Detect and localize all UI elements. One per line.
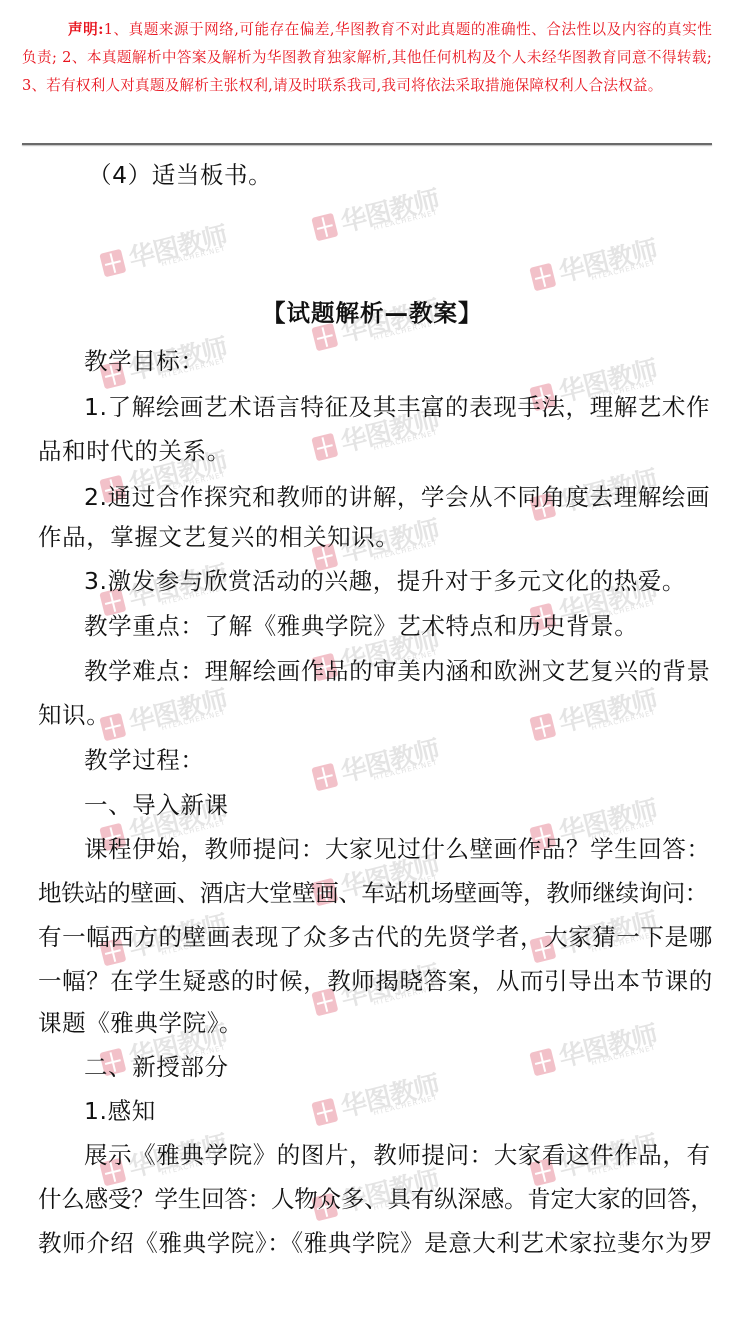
watermark: 华图教师HTEACHER.NET: [308, 175, 445, 251]
watermark: 华图教师HTEACHER.NET: [96, 675, 233, 751]
watermark-logo-icon: [99, 249, 126, 278]
watermark: 华图教师HTEACHER.NET: [526, 1010, 663, 1086]
watermark-logo-icon: [311, 1098, 338, 1127]
paragraph-line: 3.激发参与欣赏活动的兴趣，提升对于多元文化的热爱。: [84, 566, 686, 596]
header-divider: [22, 143, 712, 145]
paragraph-line: 2.通过合作探究和教师的讲解，学会从不同角度去理解绘画: [84, 482, 710, 512]
watermark: 华图教师HTEACHER.NET: [526, 675, 663, 751]
watermark-logo-icon: [311, 213, 338, 242]
disclaimer-line: 取措施保障权利人合法权益。: [470, 77, 662, 94]
watermark: 华图教师HTEACHER.NET: [526, 225, 663, 301]
disclaimer-label: 声明:: [68, 21, 104, 38]
heading-objectives: 教学目标：: [84, 346, 205, 376]
paragraph-line: 展示《雅典学院》的图片，教师提问：大家看这件作品，有: [84, 1140, 711, 1170]
watermark: 华图教师HTEACHER.NET: [308, 1060, 445, 1136]
paragraph-line: 知识。: [38, 700, 110, 730]
heading-intro: 一、导入新课: [84, 790, 229, 820]
paragraph-line: 什么感受？学生回答：人物众多、具有纵深感。肯定大家的回答，: [38, 1184, 714, 1214]
paragraph-line: 品和时代的关系。: [38, 436, 231, 466]
watermark-logo-icon: [529, 263, 556, 292]
heading-new-content: 二、新授部分: [84, 1052, 229, 1082]
disclaimer-line: 1、真题来源于网络,可能存在偏差,华图教育不对此真题的准确性、合法性以及内容: [104, 21, 652, 38]
watermark: 华图教师HTEACHER.NET: [96, 211, 233, 287]
difficulty: 教学难点：理解绘画作品的审美内涵和欧洲文艺复兴的背景: [84, 656, 711, 686]
section-title: 【试题解析—教案】: [262, 298, 483, 328]
paragraph-line: 教师介绍《雅典学院》：《雅典学院》是意大利艺术家拉斐尔为罗: [38, 1228, 713, 1258]
item-4: （4）适当板书。: [88, 160, 272, 190]
key-point: 教学重点：了解《雅典学院》艺术特点和历史背景。: [84, 611, 638, 641]
watermark-logo-icon: [529, 713, 556, 742]
paragraph-line: 地铁站的壁画、酒店大堂壁画、车站机场壁画等，教师继续询问：: [38, 878, 708, 908]
watermark-logo-icon: [529, 1048, 556, 1077]
paragraph-line: 课程伊始，教师提问：大家见过什么壁画作品？学生回答：: [84, 834, 711, 864]
watermark-logo-icon: [311, 433, 338, 462]
watermark-logo-icon: [311, 763, 338, 792]
paragraph-line: 作品，掌握文艺复兴的相关知识。: [38, 522, 400, 552]
paragraph-line: 课题《雅典学院》。: [38, 1008, 243, 1038]
disclaimer: 声明:1、真题来源于网络,可能存在偏差,华图教育不对此真题的准确性、合法性以及内…: [22, 16, 712, 100]
paragraph-line: 一幅？在学生疑惑的时候，教师揭晓答案，从而引导出本节课的: [38, 966, 713, 996]
watermark: 华图教师HTEACHER.NET: [308, 725, 445, 801]
paragraph-line: 有一幅西方的壁画表现了众多古代的先贤学者，大家猜一下是哪: [38, 922, 713, 952]
paragraph-line: 1.了解绘画艺术语言特征及其丰富的表现手法，理解艺术作: [84, 392, 710, 422]
heading-process: 教学过程：: [84, 745, 205, 775]
heading-perception: 1.感知: [84, 1096, 156, 1126]
